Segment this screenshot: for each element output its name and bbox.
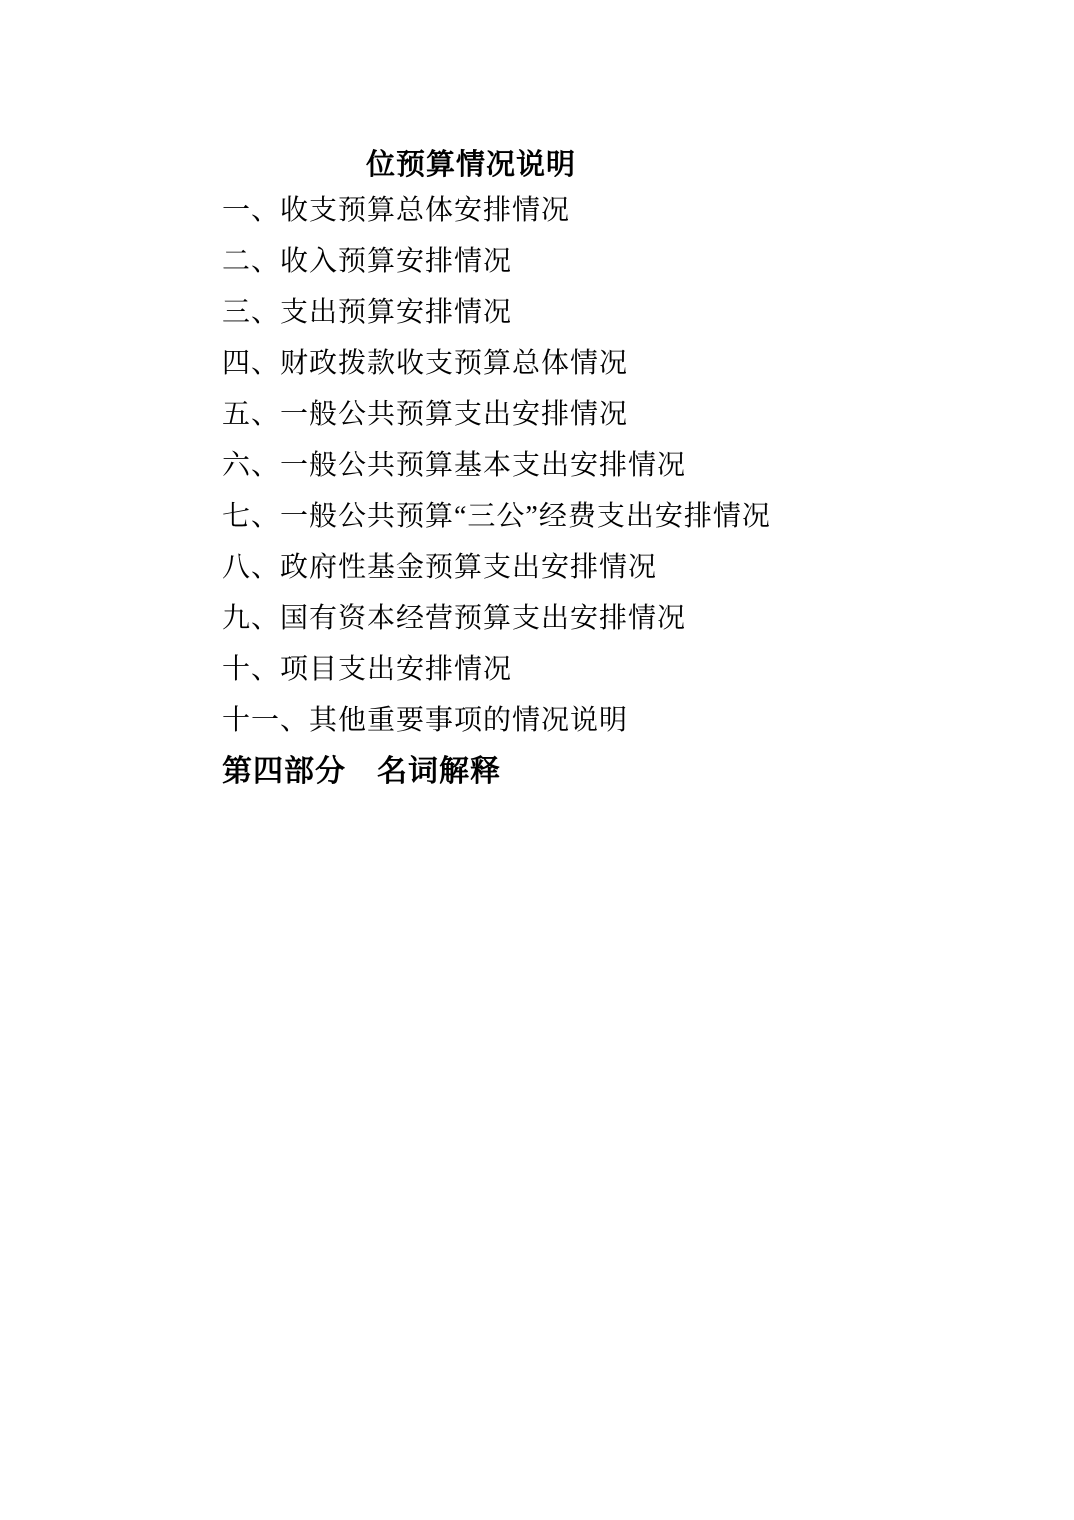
toc-item: 十一、其他重要事项的情况说明 xyxy=(222,695,771,746)
doc-heading-continuation: 位预算情况说明 xyxy=(366,142,576,183)
section-heading: 第四部分 名词解释 xyxy=(222,746,771,797)
toc-item: 二、收入预算安排情况 xyxy=(222,236,771,287)
toc-item: 八、政府性基金预算支出安排情况 xyxy=(222,542,771,593)
document-page: 位预算情况说明 一、收支预算总体安排情况 二、收入预算安排情况 三、支出预算安排… xyxy=(0,0,1074,1520)
toc-item: 三、支出预算安排情况 xyxy=(222,287,771,338)
toc-item: 五、一般公共预算支出安排情况 xyxy=(222,389,771,440)
toc-item: 九、国有资本经营预算支出安排情况 xyxy=(222,593,771,644)
toc-item: 一、收支预算总体安排情况 xyxy=(222,185,771,236)
toc-item: 四、财政拨款收支预算总体情况 xyxy=(222,338,771,389)
toc-item: 七、一般公共预算“三公”经费支出安排情况 xyxy=(222,491,771,542)
toc-item: 六、一般公共预算基本支出安排情况 xyxy=(222,440,771,491)
toc-item: 十、项目支出安排情况 xyxy=(222,644,771,695)
table-of-contents: 一、收支预算总体安排情况 二、收入预算安排情况 三、支出预算安排情况 四、财政拨… xyxy=(222,185,771,797)
